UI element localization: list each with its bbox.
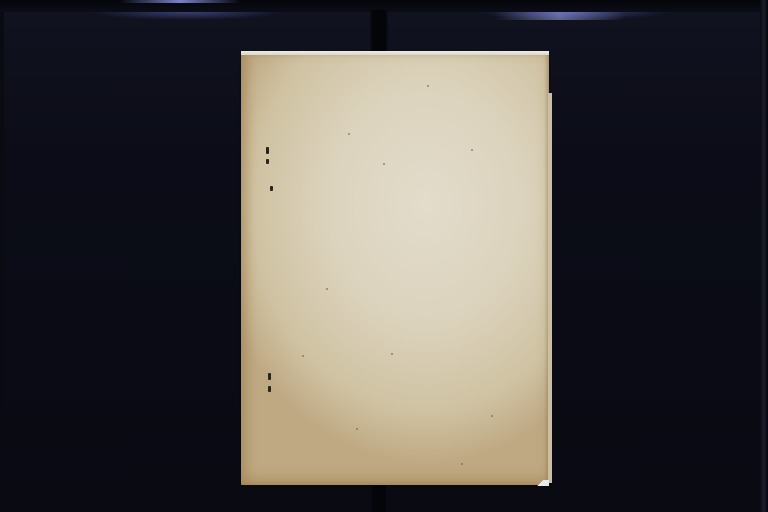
aged-paper-sheet <box>241 53 549 485</box>
paper-speck <box>356 428 358 430</box>
background-edge-right <box>760 0 768 512</box>
paper-speck <box>391 353 393 355</box>
paper-speck <box>461 463 463 465</box>
paper-speck <box>491 415 493 417</box>
light-reflection <box>495 12 625 20</box>
paper-speck <box>471 149 473 151</box>
paper-speck <box>302 355 304 357</box>
paper-speck <box>326 288 328 290</box>
photo-scene <box>0 0 768 512</box>
staple-hole <box>266 159 269 164</box>
staple-hole <box>268 386 271 392</box>
paper-right-edge <box>548 93 552 483</box>
paper-speck <box>383 163 385 165</box>
light-reflection <box>120 0 240 3</box>
staple-hole <box>266 147 269 154</box>
staple-hole <box>268 373 271 380</box>
paper-top-edge <box>241 51 549 55</box>
staple-hole <box>270 186 273 191</box>
paper-corner-fold <box>535 480 549 486</box>
paper-speck <box>348 133 350 135</box>
paper-speck <box>427 85 429 87</box>
